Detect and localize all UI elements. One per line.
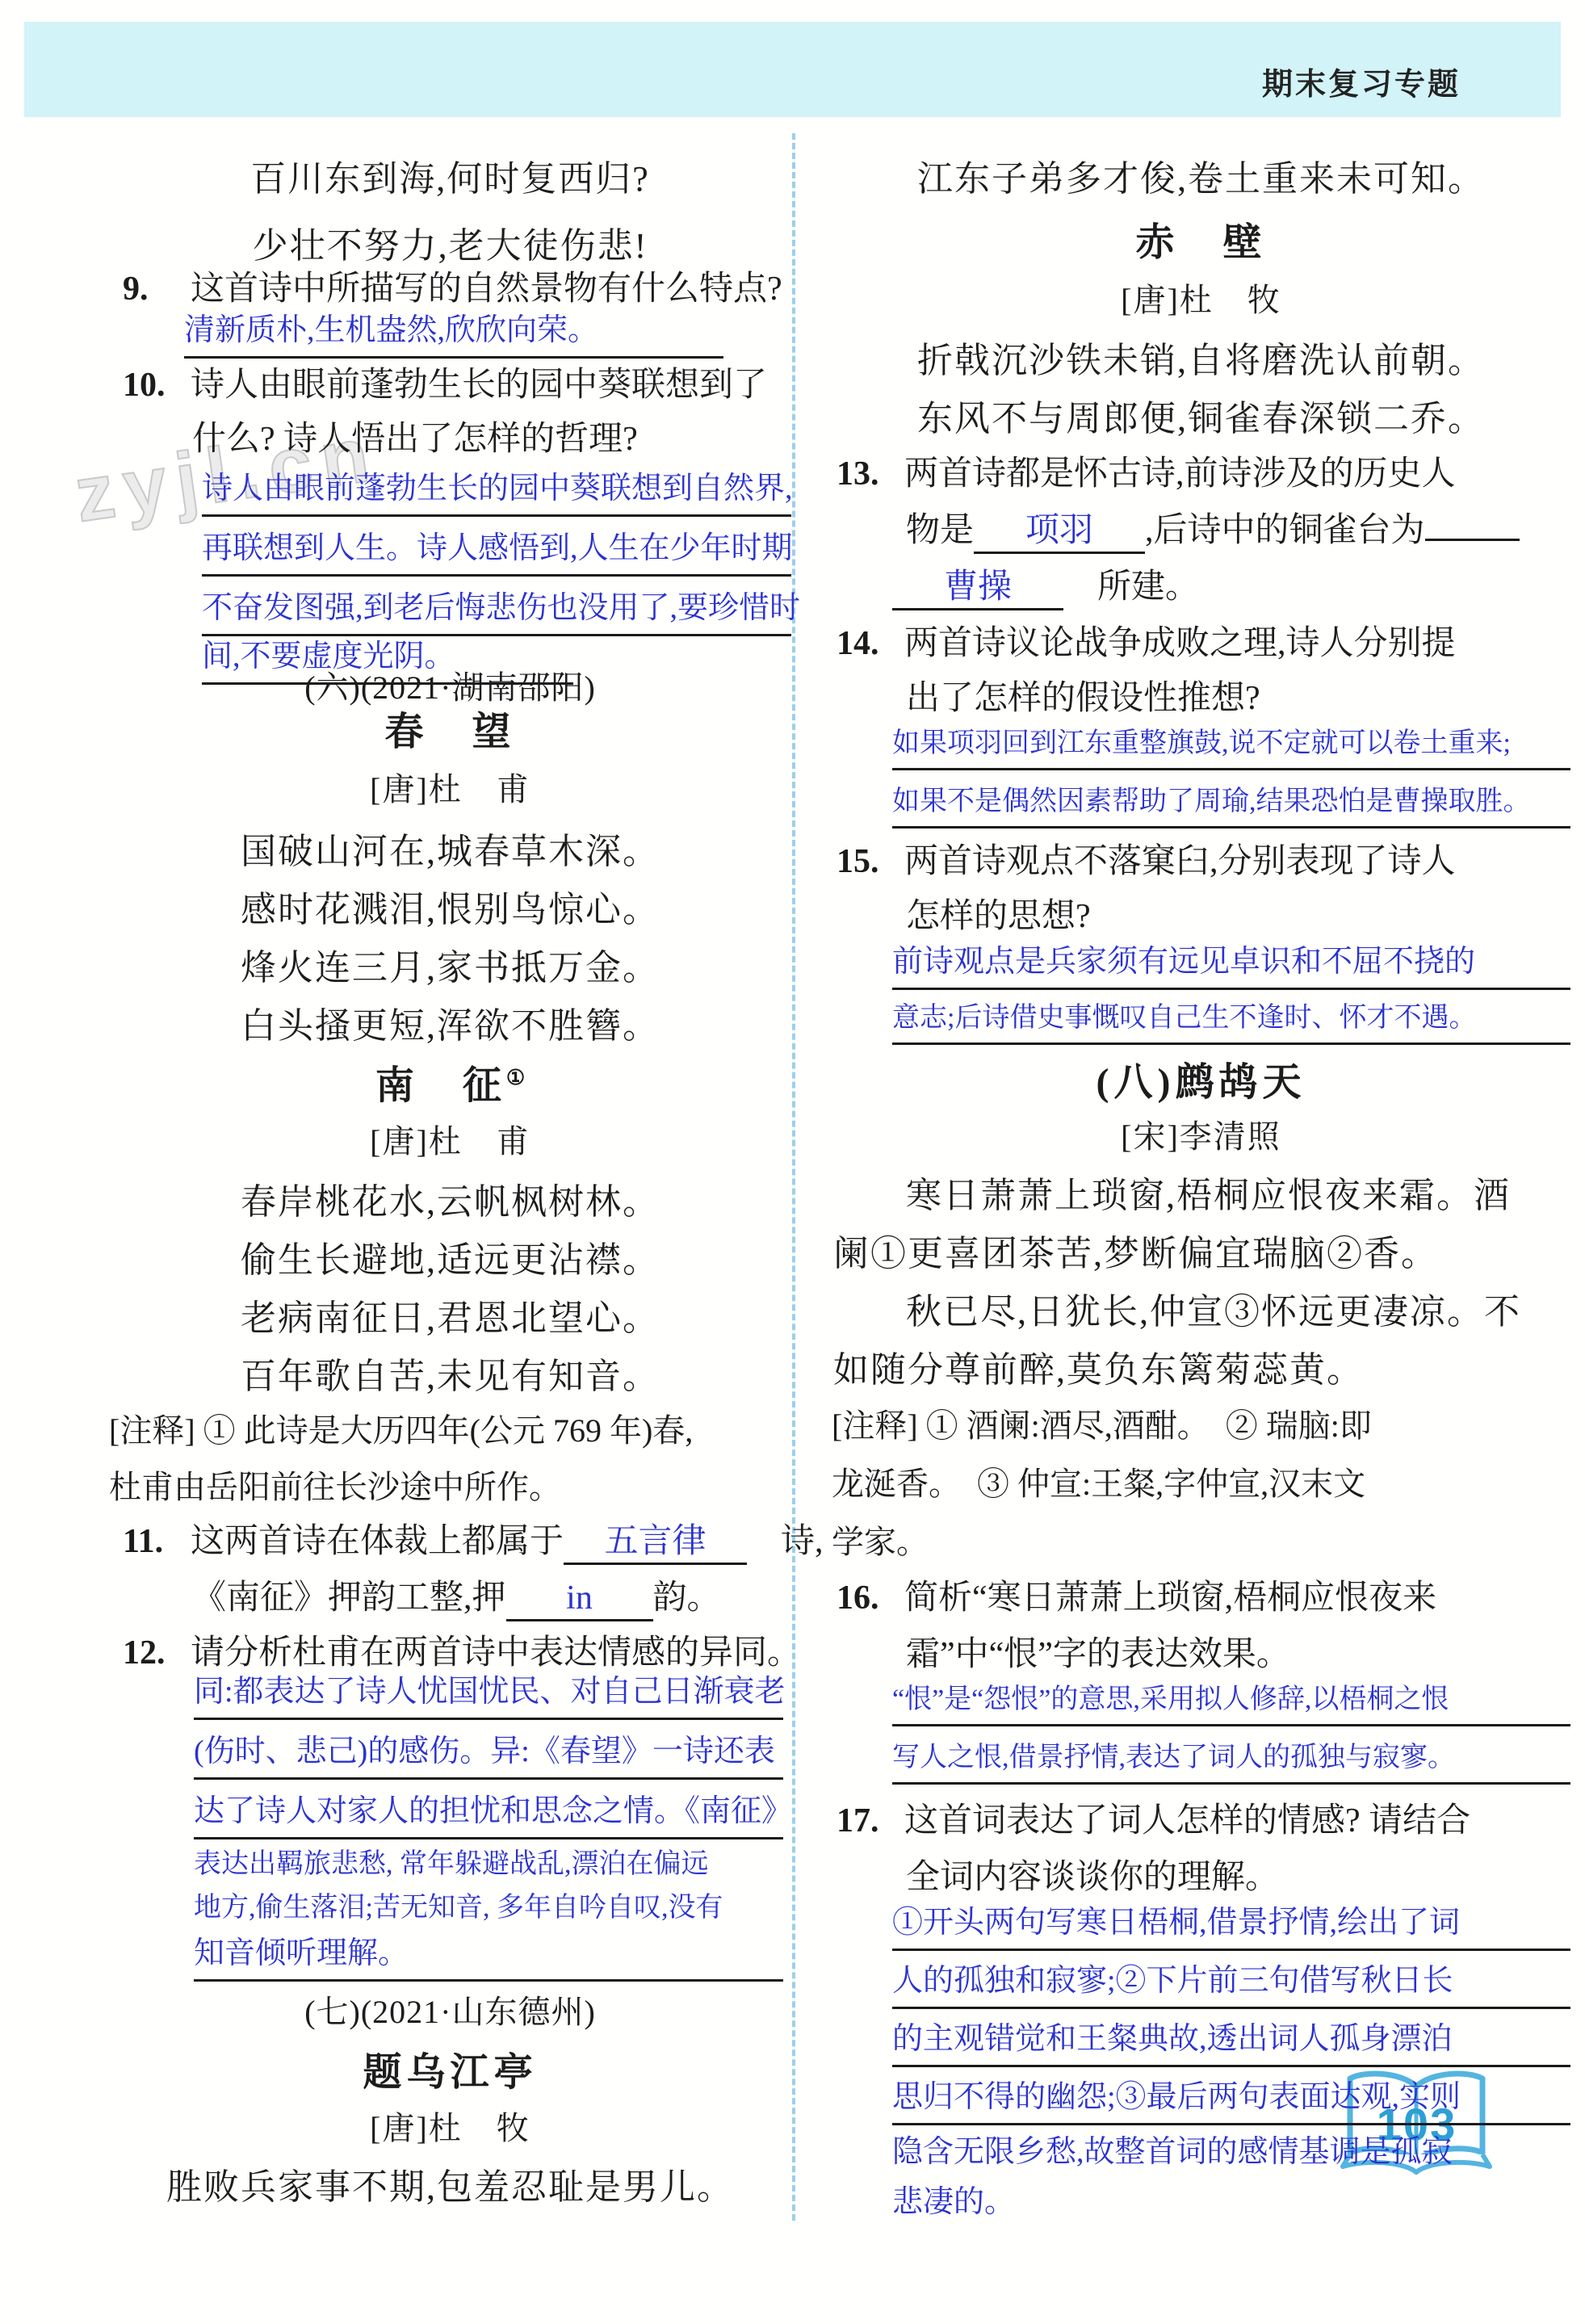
poem-line: 如随分尊前醉,莫负东篱菊蕊黄。 [833, 1349, 1364, 1392]
question-number: 10. [123, 365, 191, 406]
question-text: 诗, [747, 1523, 824, 1560]
question-line: 怎样的思想? [906, 896, 1091, 938]
question-text: 这两首诗在体裁上都属于 [191, 1523, 564, 1560]
poem-title: 题乌江亭 [109, 2049, 791, 2097]
answer-line: 写人之恨,借景抒情,表达了词人的孤独与寂寥。 [892, 1744, 1570, 1785]
poem-line: 东风不与周郎便,铜雀春深锁二乔。 [832, 397, 1570, 441]
poem-line: 寒日萧萧上琐窗,梧桐应恨夜来霜。酒 [906, 1174, 1511, 1218]
column-divider-line [792, 133, 795, 2221]
poem-line: 烽火连三月,家书抵万金。 [109, 946, 791, 990]
question-number: 14. [837, 623, 904, 665]
answer-blank [1425, 535, 1520, 541]
answer-line: 再联想到人生。诗人感悟到,人生在少年时期 [202, 533, 791, 577]
text: 春 望 [384, 711, 515, 753]
question-text: 这首诗中所描写的自然景物有什么特点? [191, 271, 782, 308]
answer-line: 人的孤独和寂寥;②下片前三句借写秋日长 [892, 1965, 1570, 2009]
note-line: 学家。 [832, 1523, 929, 1563]
text: 胜败兵家事不期,包羞忍耻是男儿。 [166, 2167, 734, 2207]
question-number: 15. [837, 841, 904, 883]
answer-line: 如果项羽回到江东重整旗鼓,说不定就可以卷土重来; [892, 730, 1570, 770]
page-title: 期末复习专题 [1262, 69, 1461, 100]
text: 阑①更喜团茶苦,梦断偏宜瑞脑②香。 [833, 1234, 1438, 1273]
answer-blank: in [506, 1581, 653, 1621]
answer-blank: 曹操 [892, 570, 1063, 610]
fill-blank-line: 曹操 所建。 [892, 567, 1199, 610]
text: 春岸桃花水,云帆枫树林。 [241, 1182, 660, 1222]
text: 如随分尊前醉,莫负东篱菊蕊黄。 [833, 1350, 1364, 1390]
poem-line: 秋已尽,日犹长,仲宣③怀远更凄凉。不 [906, 1290, 1521, 1334]
question-text: 所建。 [1063, 568, 1199, 606]
text: 老病南征日,君恩北望心。 [241, 1298, 660, 1338]
text: (七)(2021·山东德州) [304, 1994, 596, 2030]
text: 江东子弟多才俊,卷土重来未可知。 [917, 159, 1485, 199]
question-number: 9. [123, 269, 191, 310]
fill-blank-line: 11.这两首诗在体裁上都属于五言律 诗, [123, 1521, 824, 1565]
text: 国破山河在,城春草木深。 [241, 832, 660, 871]
question-text: 两首诗议论战争成败之理,诗人分别提 [904, 625, 1456, 662]
question-text: 韵。 [653, 1579, 721, 1617]
text: 烽火连三月,家书抵万金。 [241, 948, 660, 988]
poem-line: 老病南征日,君恩北望心。 [109, 1297, 791, 1340]
poem-title: 春 望 [109, 709, 791, 757]
question-text: 请分析杜甫在两首诗中表达情感的异同。 [191, 1634, 801, 1672]
answer-line: 如果不是偶然因素帮助了周瑜,结果恐怕是曹操取胜。 [892, 788, 1570, 829]
note-line: [注释] ① 酒阑:酒尽,酒酣。 ② 瑞脑:即 [832, 1407, 1372, 1446]
answer-line: 不奋发图强,到老后悔悲伤也没用了,要珍惜时 [202, 593, 791, 636]
answer-blank: 五言律 [564, 1525, 747, 1565]
workbook-page: 期末复习专题 zyjl.cn 百川东到海,何时复西归?少壮不努力,老大徒伤悲!9… [0, 0, 1585, 2324]
question-number: 16. [837, 1578, 904, 1619]
question-line: 霜”中“恨”字的表达效果。 [906, 1634, 1290, 1676]
question-text: 简析“寒日萧萧上琐窗,梧桐应恨夜来 [904, 1579, 1436, 1617]
question-line: 全词内容谈谈你的理解。 [906, 1857, 1279, 1898]
note-line: [注释] ① 此诗是大历四年(公元 769 年)春, [109, 1412, 693, 1451]
text: 白头搔更短,浑欲不胜簪。 [241, 1006, 660, 1046]
fill-blank-line: 物是项羽,后诗中的铜雀台为 [906, 510, 1520, 554]
question-text: 两首诗都是怀古诗,前诗涉及的历史人 [904, 455, 1456, 493]
answer-line: 诗人由眼前蓬勃生长的园中葵联想到自然界, [202, 473, 791, 517]
question-line: 14.两首诗议论战争成败之理,诗人分别提 [837, 623, 1456, 665]
answer-line: 的主观错觉和王粲典故,透出词人孤身漂泊 [892, 2024, 1570, 2067]
answer-line: 地方,偷生落泪;苦无知音, 多年自吟自叹,没有 [194, 1894, 783, 1922]
poem-line: 江东子弟多才俊,卷土重来未可知。 [832, 157, 1570, 201]
text: (八)鹧鸪天 [1097, 1061, 1306, 1104]
poem-line: 胜败兵家事不期,包羞忍耻是男儿。 [109, 2166, 791, 2209]
text: [唐]杜 甫 [370, 771, 530, 808]
question-text: 两首诗观点不落窠臼,分别表现了诗人 [904, 843, 1456, 880]
question-text: 《南征》押韵工整,押 [192, 1579, 506, 1617]
poem-author: [唐]杜 牧 [109, 2109, 791, 2149]
poem-line: 感时花溅泪,恨别鸟惊心。 [109, 888, 791, 932]
poem-line: 偷生长避地,适远更沾襟。 [109, 1239, 791, 1282]
question-number: 12. [123, 1633, 191, 1674]
answer-line: 悲凄的。 [892, 2187, 1570, 2217]
note-line: 杜甫由岳阳前往长沙途中所作。 [109, 1468, 561, 1508]
question-line: 15.两首诗观点不落窠臼,分别表现了诗人 [837, 841, 1456, 883]
answer-line: 同:都表达了诗人忧国忧民、对自己日渐衰老 [194, 1676, 783, 1720]
question-text: 物是 [906, 512, 974, 549]
poem-line: 白头搔更短,浑欲不胜簪。 [109, 1005, 791, 1048]
poem-line: 少壮不努力,老大徒伤悲! [109, 224, 791, 268]
poem-author: [唐]杜 甫 [109, 770, 791, 810]
poem-line: 折戟沉沙铁未销,自将磨洗认前朝。 [832, 339, 1570, 383]
text: (六)(2021·湖南邵阳) [304, 669, 596, 706]
question-line: 10.诗人由眼前蓬勃生长的园中葵联想到了 [123, 365, 767, 406]
answer-line: 思归不得的幽怨;③最后两句表面达观,实则 [892, 2082, 1570, 2125]
question-text: ,后诗中的铜雀台为 [1145, 512, 1425, 549]
question-number: 17. [837, 1801, 904, 1842]
text: 百年歌自苦,未见有知音。 [241, 1357, 660, 1396]
question-line: 出了怎样的假设性推想? [906, 678, 1260, 719]
question-line: 12.请分析杜甫在两首诗中表达情感的异同。 [123, 1633, 801, 1674]
question-line: 13.两首诗都是怀古诗,前诗涉及的历史人 [837, 454, 1456, 495]
answer-blank: 项羽 [974, 514, 1145, 554]
poem-author: [唐]杜 牧 [832, 281, 1570, 321]
question-line: 17.这首词表达了词人怎样的情感? 请结合 [837, 1801, 1470, 1842]
poem-author: [宋]李清照 [832, 1118, 1570, 1157]
text: 百川东到海,何时复西归? [250, 159, 650, 199]
answer-line: 前诗观点是兵家须有远见卓识和不屈不挠的 [892, 946, 1570, 990]
text: 赤 壁 [1135, 221, 1266, 264]
text: [唐]杜 牧 [1121, 282, 1281, 318]
poem-line: 百年歌自苦,未见有知音。 [109, 1355, 791, 1399]
text: [唐]杜 牧 [370, 2110, 530, 2146]
question-number: 11. [123, 1521, 191, 1563]
poem-title: (八)鹧鸪天 [832, 1059, 1570, 1107]
poem-line: 百川东到海,何时复西归? [109, 157, 791, 201]
note-line: 龙涎香。 ③ 仲宣:王粲,字仲宣,汉末文 [832, 1465, 1365, 1504]
answer-line: (伤时、悲己)的感伤。异:《春望》一诗还表 [194, 1736, 783, 1780]
text: 东风不与周郎便,铜雀春深锁二乔。 [917, 399, 1485, 438]
poem-line: 阑①更喜团茶苦,梦断偏宜瑞脑②香。 [833, 1232, 1438, 1276]
exam-source: (六)(2021·湖南邵阳) [109, 669, 791, 708]
text: 偷生长避地,适远更沾襟。 [241, 1240, 660, 1280]
exam-source: (七)(2021·山东德州) [109, 1993, 791, 2032]
text: 寒日萧萧上琐窗,梧桐应恨夜来霜。酒 [906, 1176, 1511, 1215]
text: 南 征 [375, 1064, 506, 1107]
question-line: 16.简析“寒日萧萧上琐窗,梧桐应恨夜来 [837, 1578, 1436, 1619]
text: 题乌江亭 [363, 2051, 537, 2094]
answer-line: 隐含无限乡愁,故整首词的感情基调是孤寂 [892, 2137, 1570, 2167]
text: 感时花溅泪,恨别鸟惊心。 [241, 890, 660, 929]
answer-line: “恨”是“怨恨”的意思,采用拟人修辞,以梧桐之恨 [892, 1686, 1570, 1726]
poem-line: 国破山河在,城春草木深。 [109, 830, 791, 874]
text: [唐]杜 甫 [370, 1123, 530, 1160]
answer-line: 表达出羁旅悲愁, 常年躲避战乱,漂泊在偏远 [194, 1851, 783, 1878]
poem-author: [唐]杜 甫 [109, 1122, 791, 1162]
text: 少壮不努力,老大徒伤悲! [253, 226, 648, 266]
text: 折戟沉沙铁未销,自将磨洗认前朝。 [917, 341, 1485, 380]
question-number: 13. [837, 454, 904, 495]
answer-line: 意志;后诗借史事慨叹自己生不逢时、怀才不遇。 [892, 1005, 1570, 1045]
poem-title: 赤 壁 [832, 220, 1570, 267]
fill-blank-line: 《南征》押韵工整,押in韵。 [192, 1578, 721, 1621]
footnote-marker: ① [506, 1066, 525, 1089]
answer-line: 达了诗人对家人的担忧和思念之情。《南征》 [194, 1796, 783, 1839]
question-line: 什么? 诗人悟出了怎样的哲理? [192, 419, 638, 460]
answer-line: 清新质朴,生机盎然,欣欣向荣。 [184, 315, 723, 359]
question-line: 9.这首诗中所描写的自然景物有什么特点? [123, 269, 782, 310]
answer-line: 知音倾听理解。 [194, 1938, 783, 1982]
answer-line: ①开头两句写寒日梧桐,借景抒情,绘出了词 [892, 1907, 1570, 1951]
question-text: 诗人由眼前蓬勃生长的园中葵联想到了 [191, 367, 767, 404]
question-text: 这首词表达了词人怎样的情感? 请结合 [904, 1802, 1470, 1839]
poem-title: 南 征① [109, 1063, 791, 1110]
poem-line: 春岸桃花水,云帆枫树林。 [109, 1181, 791, 1224]
text: 秋已尽,日犹长,仲宣③怀远更凄凉。不 [906, 1292, 1521, 1332]
text: [宋]李清照 [1121, 1118, 1281, 1155]
